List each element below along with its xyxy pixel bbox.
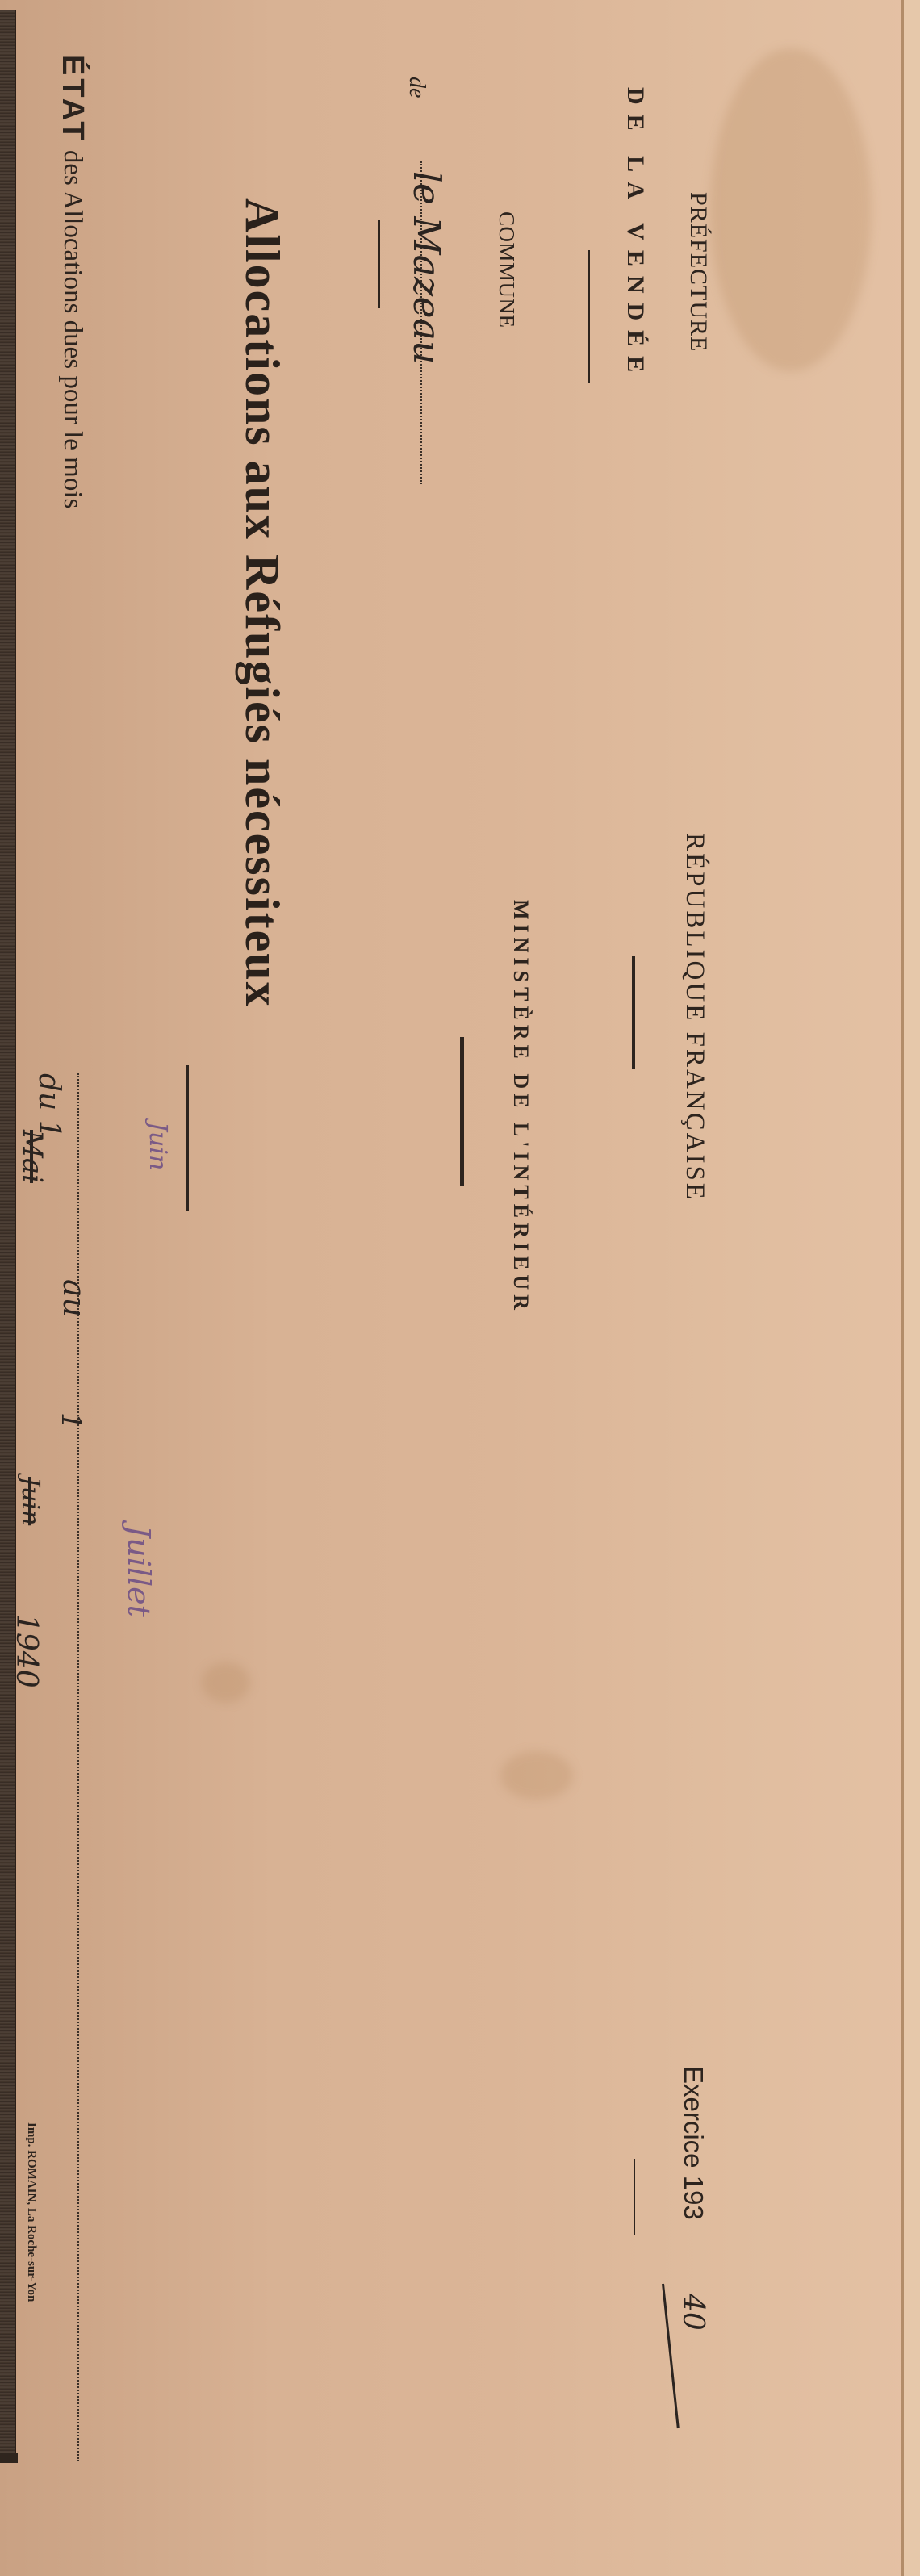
divider-rule <box>588 250 590 383</box>
commune-name-handwritten: le Mazeau <box>405 171 449 365</box>
stain <box>500 1751 573 1800</box>
exercise-year-printed: 193 <box>679 2176 709 2220</box>
period-to-month-corrected: Juillet <box>121 1525 157 1617</box>
stain <box>710 48 872 371</box>
statement-text: des Allocations dues pour le mois <box>58 150 87 509</box>
republic-heading: RÉPUBLIQUE FRANÇAISE <box>680 833 709 1202</box>
period-to-month-crossed: Juin <box>16 1477 44 1525</box>
stain <box>202 1662 250 1703</box>
printer-imprint: Imp. ROMAIN, La Roche-sur-Yon <box>24 2122 38 2302</box>
period-from-month-crossed: Mai <box>16 1130 48 1183</box>
statement-bold-label: ÉTAT <box>56 55 90 144</box>
divider-rule <box>634 2159 635 2235</box>
divider-rule <box>460 1037 464 1186</box>
exercise-label: Exercice 193 <box>678 2066 709 2220</box>
period-from-month-corrected: Juin <box>144 1122 172 1170</box>
ministry-heading: MINISTÈRE DE L'INTÉRIEUR <box>508 900 533 1315</box>
exercise-year-handwritten: 40 <box>676 2294 709 2331</box>
period-to-day: 1 <box>55 1412 87 1430</box>
paper-edge <box>904 0 920 2576</box>
period-to-word: au <box>56 1279 92 1317</box>
department-label: DE LA VENDÉE <box>621 87 649 382</box>
prefecture-label: PRÉFECTURE <box>684 192 712 352</box>
commune-label: COMMUNE <box>494 211 519 328</box>
divider-rule <box>378 220 380 308</box>
document-page: PRÉFECTURE DE LA VENDÉE COMMUNE de le Ma… <box>0 0 920 2576</box>
binding-corner <box>0 2453 18 2463</box>
period-from-prefix: du <box>32 1073 65 1110</box>
period-year: 1940 <box>10 1614 43 1688</box>
binding-edge <box>0 10 16 2463</box>
period-from-day: du 1 <box>32 1073 65 1139</box>
exercise-label-text: Exercice <box>679 2066 709 2168</box>
statement-line: ÉTAT des Allocations dues pour le mois <box>55 55 90 508</box>
divider-rule <box>632 956 635 1069</box>
form-title: Allocations aux Réfugiés nécessiteux <box>234 198 290 1008</box>
commune-prefix: de <box>404 77 429 98</box>
title-underline <box>186 1065 189 1211</box>
